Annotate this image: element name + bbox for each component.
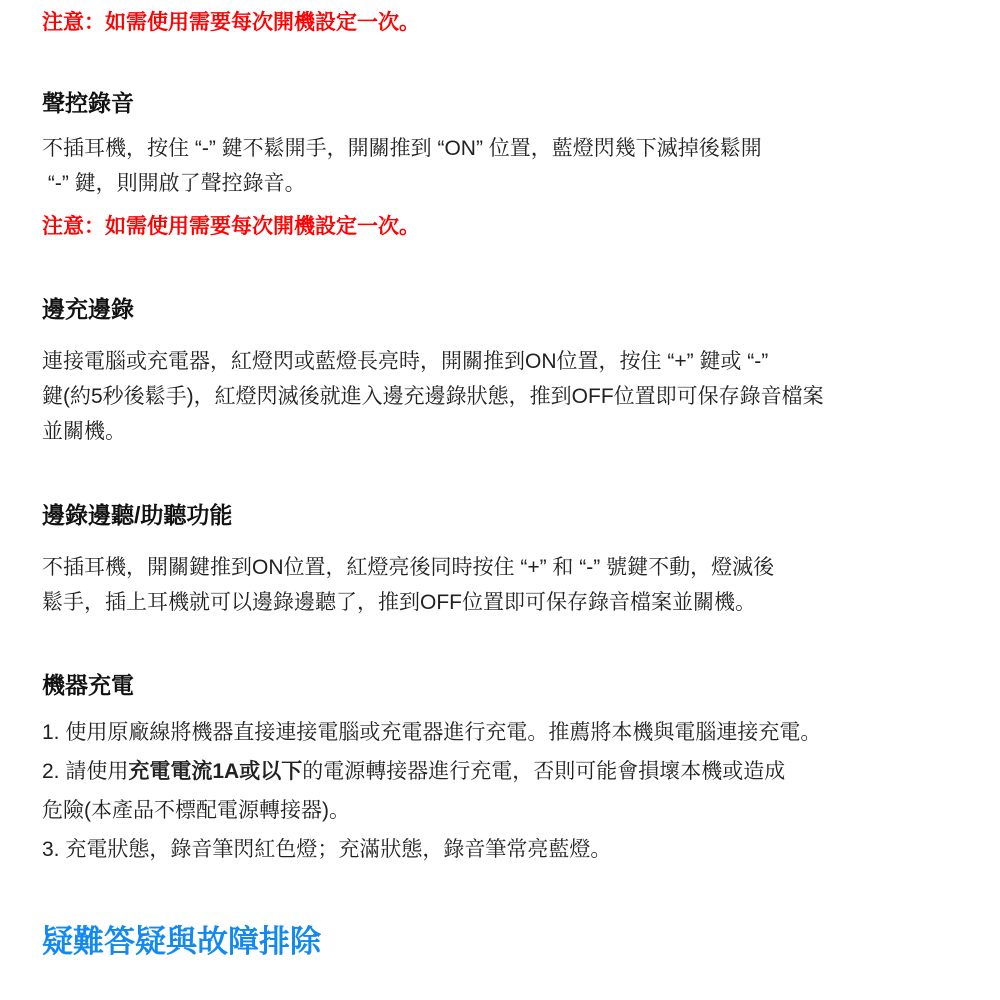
paragraph-line: 不插耳機，按住 “-” 鍵不鬆開手，開關推到 “ON” 位置，藍燈閃幾下滅掉後鬆… (42, 131, 972, 166)
warning-note-top: 注意：如需使用需要每次開機設定一次。 (42, 8, 972, 38)
paragraph-line: “-” 鍵，則開啟了聲控錄音。 (42, 166, 972, 201)
listen-while-recording-paragraph: 不插耳機，開關鍵推到ON位置，紅燈亮後同時按住 “+” 和 “-” 號鍵不動，燈… (42, 550, 972, 620)
manual-page: 注意：如需使用需要每次開機設定一次。 聲控錄音 不插耳機，按住 “-” 鍵不鬆開… (0, 0, 1000, 1000)
section-title-device-charging: 機器充電 (42, 670, 972, 700)
list-item-3: 3. 充電狀態，錄音筆閃紅色燈；充滿狀態，錄音筆常亮藍燈。 (42, 831, 972, 868)
paragraph-line: 鍵(約5秒後鬆手)，紅燈閃滅後就進入邊充邊錄狀態，推到OFF位置即可保存錄音檔案 (42, 379, 972, 414)
device-charging-list: 1. 使用原廠線將機器直接連接電腦或充電器進行充電。推薦將本機與電腦連接充電。 … (42, 714, 972, 868)
record-while-charging-paragraph: 連接電腦或充電器，紅燈閃或藍燈長亮時，開關推到ON位置，按住 “+” 鍵或 “-… (42, 344, 972, 449)
list-item-2: 2. 請使用充電電流1A或以下的電源轉接器進行充電，否則可能會損壞本機或造成 (42, 753, 972, 790)
list-item-2-suffix: 的電源轉接器進行充電，否則可能會損壞本機或造成 (302, 760, 785, 783)
list-item-1: 1. 使用原廠線將機器直接連接電腦或充電器進行充電。推薦將本機與電腦連接充電。 (42, 714, 972, 751)
warning-note-voice-control: 注意：如需使用需要每次開機設定一次。 (42, 212, 972, 242)
list-item-2-bold-phrase: 充電電流1A或以下 (128, 760, 302, 783)
section-title-listen-while-recording: 邊錄邊聽/助聽功能 (42, 499, 972, 531)
list-item-2-prefix: 2. 請使用 (42, 760, 128, 783)
list-item-2-continuation: 危險(本產品不標配電源轉接器)。 (42, 792, 972, 829)
paragraph-line: 連接電腦或充電器，紅燈閃或藍燈長亮時，開關推到ON位置，按住 “+” 鍵或 “-… (42, 344, 972, 379)
paragraph-line: 鬆手，插上耳機就可以邊錄邊聽了，推到OFF位置即可保存錄音檔案並關機。 (42, 585, 972, 620)
voice-control-paragraph: 不插耳機，按住 “-” 鍵不鬆開手，開關推到 “ON” 位置，藍燈閃幾下滅掉後鬆… (42, 131, 972, 201)
section-title-voice-control-recording: 聲控錄音 (42, 88, 972, 118)
paragraph-line: 不插耳機，開關鍵推到ON位置，紅燈亮後同時按住 “+” 和 “-” 號鍵不動，燈… (42, 550, 972, 585)
paragraph-line: 並關機。 (42, 414, 972, 449)
troubleshooting-section-title: 疑難答疑與故障排除 (42, 923, 972, 961)
section-title-record-while-charging: 邊充邊錄 (42, 294, 972, 324)
